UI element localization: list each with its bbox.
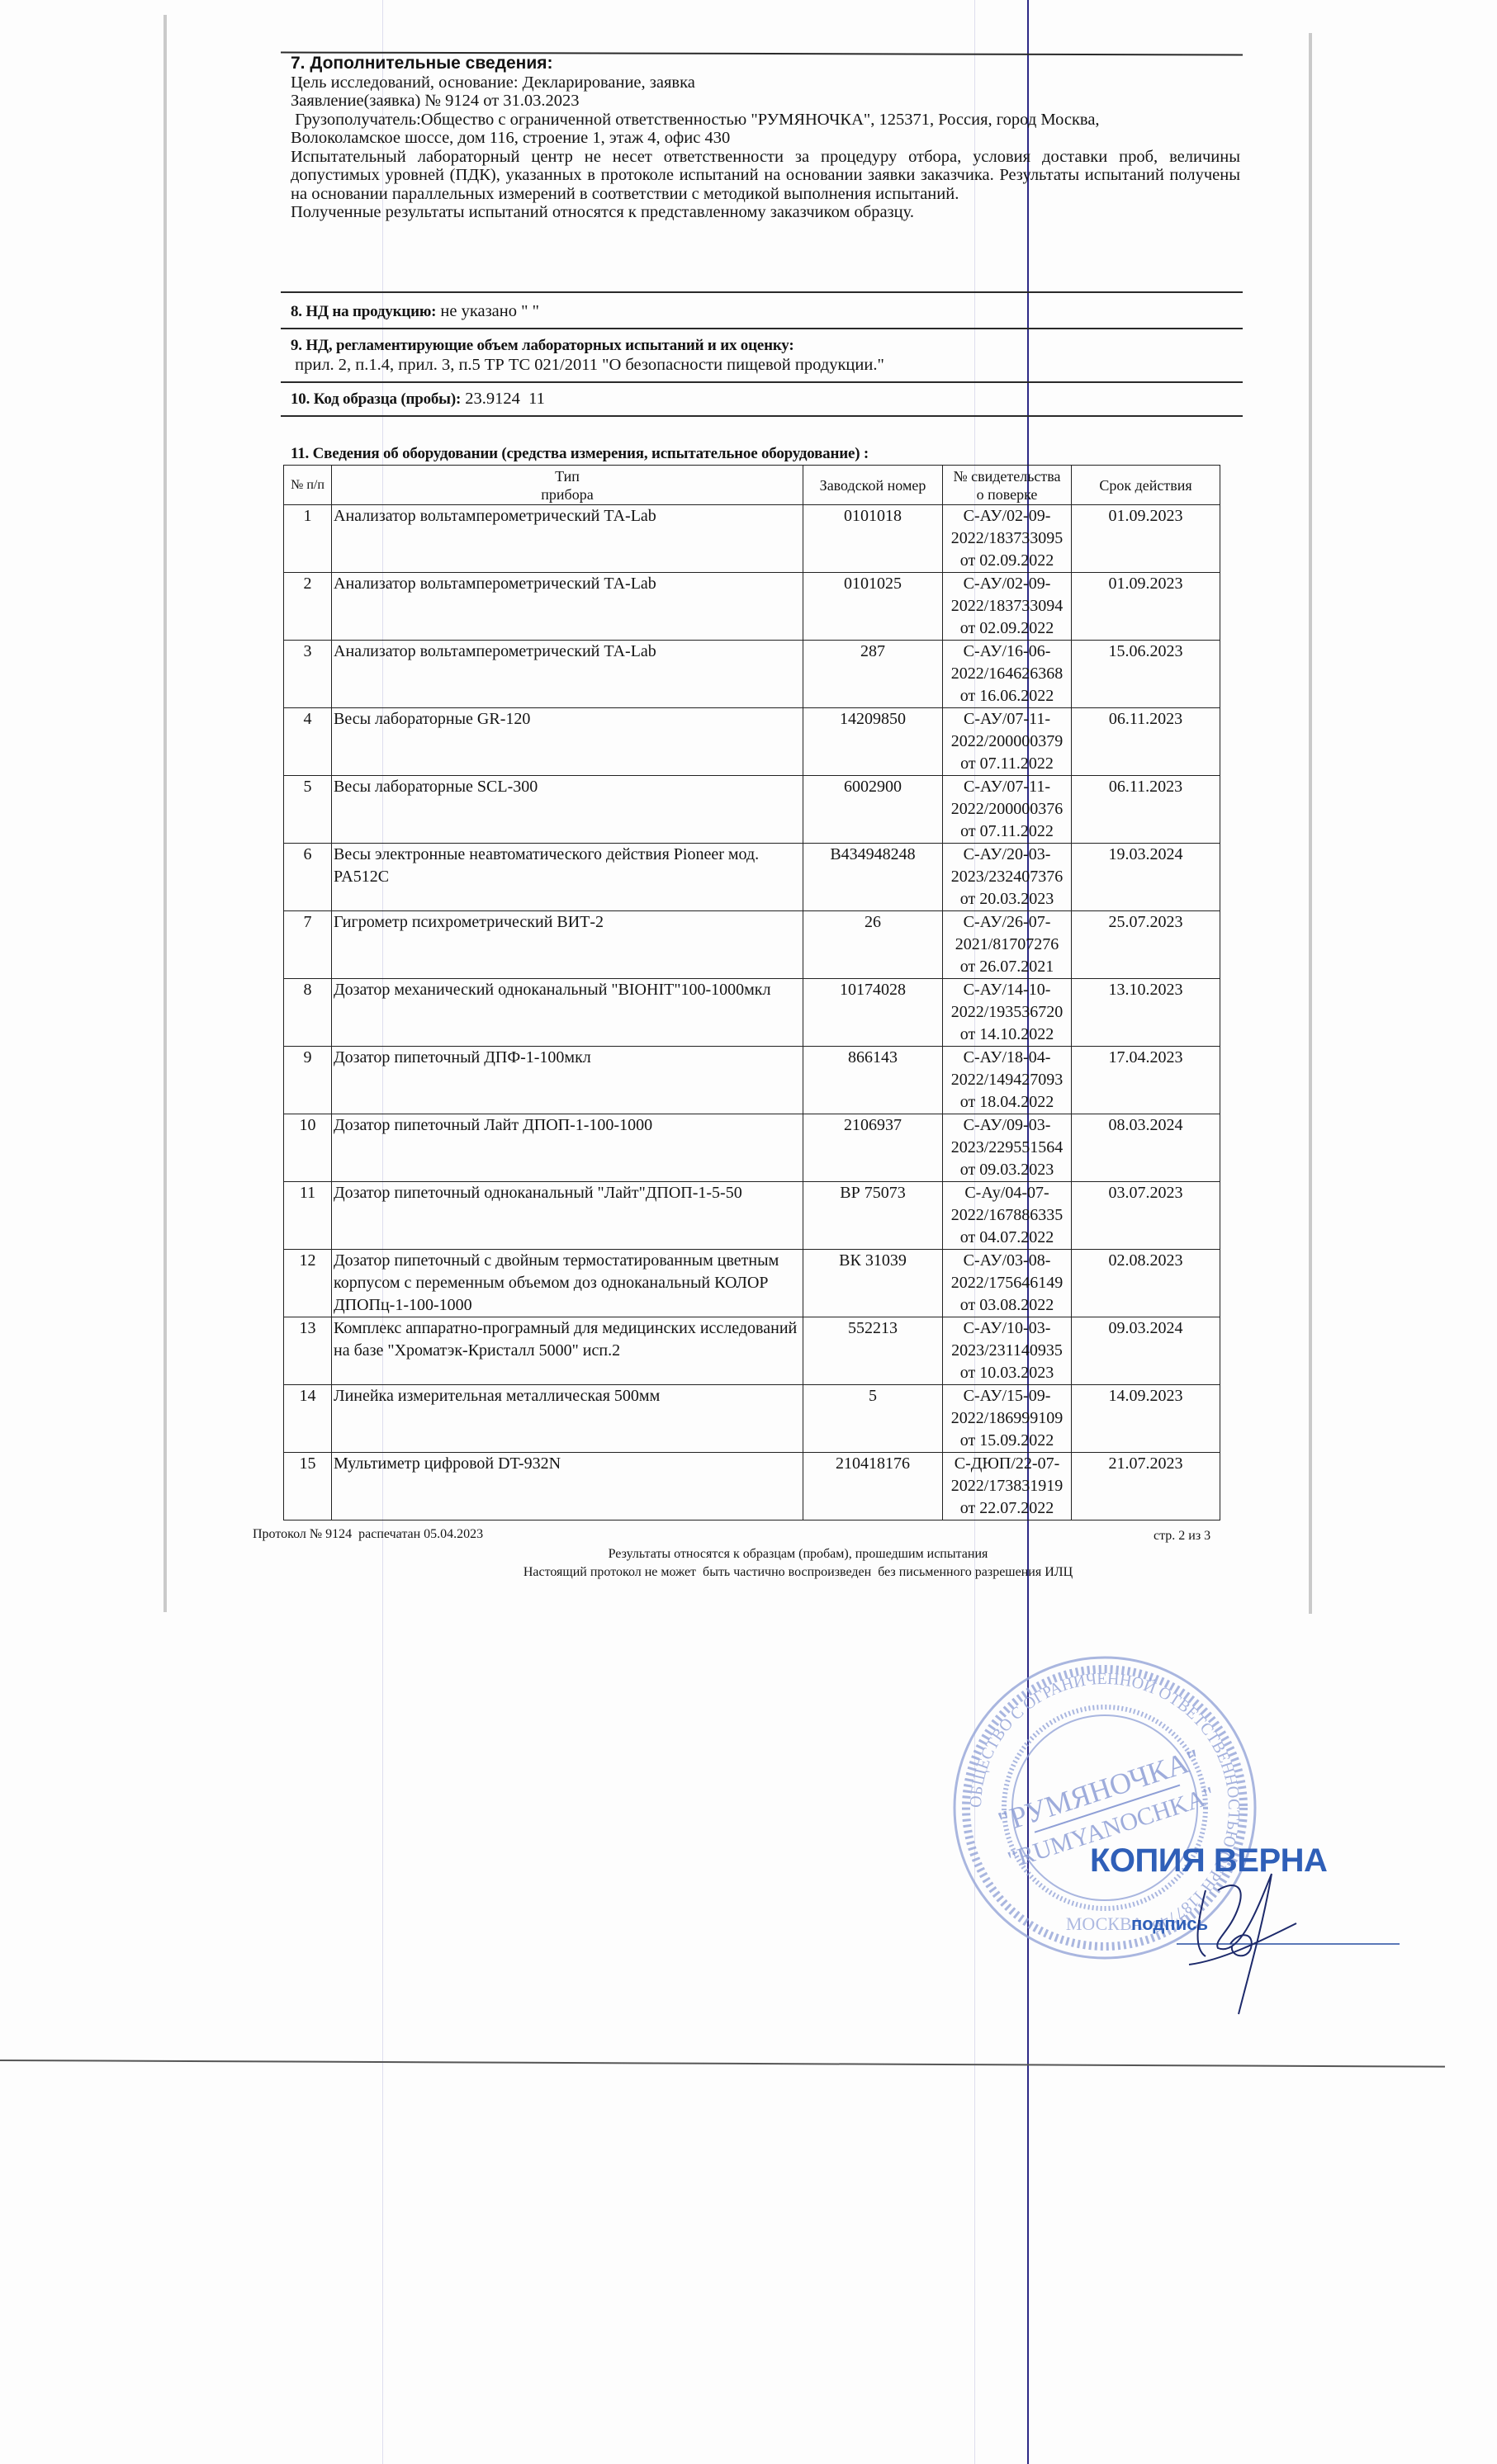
divider bbox=[281, 328, 1243, 329]
serial-number-text: 0101018 bbox=[805, 505, 940, 527]
table-row: 11Дозатор пипеточный одноканальный "Лайт… bbox=[284, 1182, 1220, 1250]
instrument-name-text: Линейка измерительная металлическая 500м… bbox=[334, 1385, 801, 1407]
valid-until-text: 15.06.2023 bbox=[1073, 641, 1218, 663]
certificate-number-text: от 26.07.2021 bbox=[945, 956, 1069, 978]
col-header-type: Тип прибора bbox=[332, 466, 803, 505]
certificate-number-text: 2022/167886335 bbox=[945, 1204, 1069, 1227]
certificate-number: С-АУ/02-09-2022/183733095от 02.09.2022 bbox=[943, 505, 1072, 573]
instrument-name: Весы лабораторные SCL-300 bbox=[332, 776, 803, 844]
row-number: 13 bbox=[284, 1317, 332, 1385]
certificate-number: С-АУ/18-04-2022/149427093от 18.04.2022 bbox=[943, 1047, 1072, 1114]
instrument-name-text: Дозатор механический одноканальный "BIOH… bbox=[334, 979, 801, 1001]
certificate-number-text: от 16.06.2022 bbox=[945, 685, 1069, 707]
row-number-text: 13 bbox=[286, 1317, 329, 1340]
section-additional-info: 7. Дополнительные сведения: Цель исследо… bbox=[291, 54, 1240, 222]
instrument-name: Дозатор пипеточный ДПФ-1-100мкл bbox=[332, 1047, 803, 1114]
row-number: 11 bbox=[284, 1182, 332, 1250]
certificate-number: С-АУ/20-03-2023/232407376от 20.03.2023 bbox=[943, 844, 1072, 911]
valid-until: 08.03.2024 bbox=[1072, 1114, 1220, 1182]
row-number-text: 10 bbox=[286, 1114, 329, 1137]
serial-number-text: 287 bbox=[805, 641, 940, 663]
scan-page-edge-left bbox=[163, 15, 167, 1612]
row-number: 1 bbox=[284, 505, 332, 573]
valid-until-text: 25.07.2023 bbox=[1073, 911, 1218, 934]
certificate-number-text: 2023/231140935 bbox=[945, 1340, 1069, 1362]
divider bbox=[281, 291, 1243, 293]
instrument-name-text: Дозатор пипеточный Лайт ДПОП-1-100-1000 bbox=[334, 1114, 801, 1137]
section-regulatory-docs: 9. НД, регламентирующие объем лабораторн… bbox=[291, 337, 1240, 374]
certificate-number-text: от 07.11.2022 bbox=[945, 821, 1069, 843]
instrument-name: Линейка измерительная металлическая 500м… bbox=[332, 1385, 803, 1453]
instrument-name: Мультиметр цифровой DT-932N bbox=[332, 1453, 803, 1520]
row-number-text: 9 bbox=[286, 1047, 329, 1069]
certificate-number-text: от 02.09.2022 bbox=[945, 617, 1069, 640]
serial-number: 10174028 bbox=[803, 979, 943, 1047]
certificate-number-text: 2022/175646149 bbox=[945, 1272, 1069, 1294]
certificate-number-text: 2022/183733095 bbox=[945, 527, 1069, 550]
certificate-number: С-АУ/07-11-2022/200000376от 07.11.2022 bbox=[943, 776, 1072, 844]
certificate-number-text: 2023/232407376 bbox=[945, 866, 1069, 888]
certificate-number-text: С-АУ/07-11- bbox=[945, 776, 1069, 798]
row-number-text: 7 bbox=[286, 911, 329, 934]
row-number: 10 bbox=[284, 1114, 332, 1182]
certificate-number-text: С-АУ/07-11- bbox=[945, 708, 1069, 731]
instrument-name: Анализатор вольтамперометрический ТА-Lab bbox=[332, 573, 803, 641]
table-row: 2Анализатор вольтамперометрический ТА-La… bbox=[284, 573, 1220, 641]
serial-number-text: 0101025 bbox=[805, 573, 940, 595]
valid-until: 21.07.2023 bbox=[1072, 1453, 1220, 1520]
valid-until: 17.04.2023 bbox=[1072, 1047, 1220, 1114]
signature-icon bbox=[1181, 1857, 1305, 2022]
certificate-number-text: С-АУ/16-06- bbox=[945, 641, 1069, 663]
instrument-name: Дозатор механический одноканальный "BIOH… bbox=[332, 979, 803, 1047]
certificate-number-text: от 10.03.2023 bbox=[945, 1362, 1069, 1384]
certificate-number-text: от 07.11.2022 bbox=[945, 753, 1069, 775]
disclaimer-text: Испытательный лабораторный центр не несе… bbox=[291, 148, 1240, 204]
instrument-name: Гигрометр психрометрический ВИТ-2 bbox=[332, 911, 803, 979]
serial-number: 6002900 bbox=[803, 776, 943, 844]
text-line: Заявление(заявка) № 9124 от 31.03.2023 bbox=[291, 92, 1240, 111]
instrument-name: Дозатор пипеточный одноканальный "Лайт"Д… bbox=[332, 1182, 803, 1250]
valid-until-text: 01.09.2023 bbox=[1073, 573, 1218, 595]
certificate-number-text: от 22.07.2022 bbox=[945, 1497, 1069, 1520]
instrument-name-text: Анализатор вольтамперометрический ТА-Lab bbox=[334, 641, 801, 663]
row-number-text: 15 bbox=[286, 1453, 329, 1475]
serial-number: 0101025 bbox=[803, 573, 943, 641]
valid-until: 06.11.2023 bbox=[1072, 776, 1220, 844]
certificate-number-text: от 14.10.2022 bbox=[945, 1024, 1069, 1046]
instrument-name-text: Весы лабораторные SCL-300 bbox=[334, 776, 801, 798]
section-value: прил. 2, п.1.4, прил. 3, п.5 ТР ТС 021/2… bbox=[291, 356, 1240, 375]
serial-number-text: 2106937 bbox=[805, 1114, 940, 1137]
valid-until: 13.10.2023 bbox=[1072, 979, 1220, 1047]
header-line: Тип bbox=[334, 467, 801, 485]
row-number-text: 12 bbox=[286, 1250, 329, 1272]
valid-until: 06.11.2023 bbox=[1072, 708, 1220, 776]
serial-number-text: 5 bbox=[805, 1385, 940, 1407]
valid-until-text: 01.09.2023 bbox=[1073, 505, 1218, 527]
instrument-name-text: Мультиметр цифровой DT-932N bbox=[334, 1453, 801, 1475]
row-number: 5 bbox=[284, 776, 332, 844]
certificate-number-text: от 20.03.2023 bbox=[945, 888, 1069, 910]
section-title: 7. Дополнительные сведения: bbox=[291, 54, 1240, 73]
row-number-text: 3 bbox=[286, 641, 329, 663]
table-row: 4Весы лабораторные GR-12014209850С-АУ/07… bbox=[284, 708, 1220, 776]
certificate-number-text: от 02.09.2022 bbox=[945, 550, 1069, 572]
certificate-number-text: от 18.04.2022 bbox=[945, 1091, 1069, 1114]
certificate-number-text: 2022/200000379 bbox=[945, 731, 1069, 753]
instrument-name-text: Комплекс аппаратно-програмный для медици… bbox=[334, 1317, 801, 1362]
instrument-name: Весы электронные неавтоматического дейст… bbox=[332, 844, 803, 911]
valid-until-text: 17.04.2023 bbox=[1073, 1047, 1218, 1069]
serial-number: 14209850 bbox=[803, 708, 943, 776]
section-value: не указано " " bbox=[436, 302, 539, 320]
certificate-number-text: 2023/229551564 bbox=[945, 1137, 1069, 1159]
table-row: 6Весы электронные неавтоматического дейс… bbox=[284, 844, 1220, 911]
valid-until: 25.07.2023 bbox=[1072, 911, 1220, 979]
row-number: 14 bbox=[284, 1385, 332, 1453]
certificate-number-text: 2022/183733094 bbox=[945, 595, 1069, 617]
instrument-name-text: Анализатор вольтамперометрический ТА-Lab bbox=[334, 505, 801, 527]
row-number-text: 11 bbox=[286, 1182, 329, 1204]
section-value: 23.9124 11 bbox=[461, 390, 545, 408]
serial-number: ВК 31039 bbox=[803, 1250, 943, 1317]
divider bbox=[281, 415, 1243, 417]
certificate-number-text: С-Ау/04-07- bbox=[945, 1182, 1069, 1204]
row-number-text: 4 bbox=[286, 708, 329, 731]
certificate-number-text: С-АУ/09-03- bbox=[945, 1114, 1069, 1137]
instrument-name-text: Анализатор вольтамперометрический ТА-Lab bbox=[334, 573, 801, 595]
valid-until: 19.03.2024 bbox=[1072, 844, 1220, 911]
certificate-number: С-АУ/16-06-2022/164626368от 16.06.2022 bbox=[943, 641, 1072, 708]
instrument-name-text: Весы лабораторные GR-120 bbox=[334, 708, 801, 731]
table-row: 8Дозатор механический одноканальный "BIO… bbox=[284, 979, 1220, 1047]
scan-page-edge-right bbox=[1309, 33, 1312, 1614]
certificate-number-text: от 04.07.2022 bbox=[945, 1227, 1069, 1249]
instrument-name: Анализатор вольтамперометрический ТА-Lab bbox=[332, 505, 803, 573]
row-number: 12 bbox=[284, 1250, 332, 1317]
row-number-text: 8 bbox=[286, 979, 329, 1001]
table-row: 1Анализатор вольтамперометрический ТА-La… bbox=[284, 505, 1220, 573]
instrument-name-text: Гигрометр психрометрический ВИТ-2 bbox=[334, 911, 801, 934]
certificate-number-text: от 09.03.2023 bbox=[945, 1159, 1069, 1181]
section-title: 11. Сведения об оборудовании (средства и… bbox=[291, 445, 869, 462]
table-row: 10Дозатор пипеточный Лайт ДПОП-1-100-100… bbox=[284, 1114, 1220, 1182]
valid-until-text: 14.09.2023 bbox=[1073, 1385, 1218, 1407]
certificate-number-text: С-АУ/14-10- bbox=[945, 979, 1069, 1001]
certificate-number: С-АУ/15-09-2022/186999109от 15.09.2022 bbox=[943, 1385, 1072, 1453]
table-header-row: № п/п Тип прибора Заводской номер № свид… bbox=[284, 466, 1220, 505]
certificate-number-text: С-АУ/10-03- bbox=[945, 1317, 1069, 1340]
valid-until-text: 09.03.2024 bbox=[1073, 1317, 1218, 1340]
header-line: № свидетельства bbox=[945, 467, 1069, 485]
instrument-name-text: Дозатор пипеточный с двойным термостатир… bbox=[334, 1250, 801, 1317]
footer-note: Результаты относятся к образцам (пробам)… bbox=[0, 1547, 1497, 1562]
serial-number-text: 552213 bbox=[805, 1317, 940, 1340]
row-number: 8 bbox=[284, 979, 332, 1047]
certificate-number-text: от 03.08.2022 bbox=[945, 1294, 1069, 1317]
valid-until-text: 19.03.2024 bbox=[1073, 844, 1218, 866]
col-header-serial: Заводской номер bbox=[803, 466, 943, 505]
serial-number: 0101018 bbox=[803, 505, 943, 573]
instrument-name-text: Дозатор пипеточный одноканальный "Лайт"Д… bbox=[334, 1182, 801, 1204]
serial-number: 287 bbox=[803, 641, 943, 708]
valid-until: 01.09.2023 bbox=[1072, 505, 1220, 573]
instrument-name: Анализатор вольтамперометрический ТА-Lab bbox=[332, 641, 803, 708]
table-row: 12Дозатор пипеточный с двойным термостат… bbox=[284, 1250, 1220, 1317]
serial-number: 866143 bbox=[803, 1047, 943, 1114]
valid-until: 03.07.2023 bbox=[1072, 1182, 1220, 1250]
certificate-number: С-АУ/10-03-2023/231140935от 10.03.2023 bbox=[943, 1317, 1072, 1385]
certificate-number: С-АУ/14-10-2022/193536720от 14.10.2022 bbox=[943, 979, 1072, 1047]
serial-number-text: ВК 31039 bbox=[805, 1250, 940, 1272]
table-row: 14Линейка измерительная металлическая 50… bbox=[284, 1385, 1220, 1453]
valid-until-text: 06.11.2023 bbox=[1073, 776, 1218, 798]
serial-number-text: 10174028 bbox=[805, 979, 940, 1001]
scan-page-bottom-edge bbox=[0, 2060, 1445, 2068]
certificate-number-text: 2022/193536720 bbox=[945, 1001, 1069, 1024]
certificate-number-text: 2022/186999109 bbox=[945, 1407, 1069, 1430]
valid-until-text: 13.10.2023 bbox=[1073, 979, 1218, 1001]
valid-until: 01.09.2023 bbox=[1072, 573, 1220, 641]
certificate-number-text: 2022/200000376 bbox=[945, 798, 1069, 821]
certificate-number: С-АУ/07-11-2022/200000379от 07.11.2022 bbox=[943, 708, 1072, 776]
certificate-number-text: 2022/173831919 bbox=[945, 1475, 1069, 1497]
row-number: 4 bbox=[284, 708, 332, 776]
row-number: 9 bbox=[284, 1047, 332, 1114]
col-header-valid: Срок действия bbox=[1072, 466, 1220, 505]
certificate-number-text: от 15.09.2022 bbox=[945, 1430, 1069, 1452]
row-number: 15 bbox=[284, 1453, 332, 1520]
instrument-name: Комплекс аппаратно-програмный для медици… bbox=[332, 1317, 803, 1385]
divider bbox=[281, 381, 1243, 383]
closing-text: Полученные результаты испытаний относятс… bbox=[291, 203, 1240, 222]
instrument-name: Дозатор пипеточный Лайт ДПОП-1-100-1000 bbox=[332, 1114, 803, 1182]
table-row: 13Комплекс аппаратно-програмный для меди… bbox=[284, 1317, 1220, 1385]
section-equipment: 11. Сведения об оборудовании (средства и… bbox=[291, 444, 1240, 464]
table-row: 15Мультиметр цифровой DT-932N210418176С-… bbox=[284, 1453, 1220, 1520]
section-product-nd: 8. НД на продукцию: не указано " " bbox=[291, 302, 1240, 322]
instrument-name: Весы лабораторные GR-120 bbox=[332, 708, 803, 776]
certificate-number-text: С-ДЮП/22-07- bbox=[945, 1453, 1069, 1475]
serial-number-text: 14209850 bbox=[805, 708, 940, 731]
col-header-num: № п/п bbox=[284, 466, 332, 505]
protocol-print-info: Протокол № 9124 распечатан 05.04.2023 bbox=[253, 1527, 483, 1542]
instrument-name: Дозатор пипеточный с двойным термостатир… bbox=[332, 1250, 803, 1317]
instrument-name-text: Весы электронные неавтоматического дейст… bbox=[334, 844, 801, 888]
equipment-table: № п/п Тип прибора Заводской номер № свид… bbox=[283, 465, 1220, 1520]
row-number-text: 1 bbox=[286, 505, 329, 527]
row-number-text: 5 bbox=[286, 776, 329, 798]
serial-number: 2106937 bbox=[803, 1114, 943, 1182]
instrument-name-text: Дозатор пипеточный ДПФ-1-100мкл bbox=[334, 1047, 801, 1069]
row-number-text: 14 bbox=[286, 1385, 329, 1407]
footer-note: Настоящий протокол не может быть частичн… bbox=[0, 1565, 1497, 1580]
section-label: 8. НД на продукцию: bbox=[291, 303, 436, 320]
consignee-line: Грузополучатель:Общество с ограниченной … bbox=[291, 111, 1240, 130]
address-line: Волоколамское шоссе, дом 116, строение 1… bbox=[291, 129, 1240, 148]
table-row: 3Анализатор вольтамперометрический ТА-La… bbox=[284, 641, 1220, 708]
serial-number-text: B434948248 bbox=[805, 844, 940, 866]
row-number: 3 bbox=[284, 641, 332, 708]
row-number: 6 bbox=[284, 844, 332, 911]
valid-until: 09.03.2024 bbox=[1072, 1317, 1220, 1385]
certificate-number-text: С-АУ/20-03- bbox=[945, 844, 1069, 866]
certificate-number: С-АУ/02-09-2022/183733094от 02.09.2022 bbox=[943, 573, 1072, 641]
certificate-number-text: 2021/81707276 bbox=[945, 934, 1069, 956]
valid-until-text: 21.07.2023 bbox=[1073, 1453, 1218, 1475]
certificate-number: С-ДЮП/22-07-2022/173831919от 22.07.2022 bbox=[943, 1453, 1072, 1520]
section-label: 9. НД, регламентирующие объем лабораторн… bbox=[291, 337, 1240, 356]
certificate-number-text: 2022/164626368 bbox=[945, 663, 1069, 685]
table-row: 7Гигрометр психрометрический ВИТ-226С-АУ… bbox=[284, 911, 1220, 979]
certificate-number-text: С-АУ/02-09- bbox=[945, 573, 1069, 595]
serial-number: B434948248 bbox=[803, 844, 943, 911]
valid-until-text: 08.03.2024 bbox=[1073, 1114, 1218, 1137]
valid-until-text: 02.08.2023 bbox=[1073, 1250, 1218, 1272]
valid-until-text: 03.07.2023 bbox=[1073, 1182, 1218, 1204]
serial-number: 210418176 bbox=[803, 1453, 943, 1520]
certificate-number-text: С-АУ/02-09- bbox=[945, 505, 1069, 527]
serial-number-text: 6002900 bbox=[805, 776, 940, 798]
row-number: 2 bbox=[284, 573, 332, 641]
certificate-number: С-АУ/03-08-2022/175646149от 03.08.2022 bbox=[943, 1250, 1072, 1317]
certificate-number-text: С-АУ/18-04- bbox=[945, 1047, 1069, 1069]
serial-number: 552213 bbox=[803, 1317, 943, 1385]
certificate-number: С-Ау/04-07-2022/167886335от 04.07.2022 bbox=[943, 1182, 1072, 1250]
serial-number: ВР 75073 bbox=[803, 1182, 943, 1250]
header-line: прибора bbox=[334, 485, 801, 504]
certificate-number: С-АУ/26-07-2021/81707276от 26.07.2021 bbox=[943, 911, 1072, 979]
valid-until-text: 06.11.2023 bbox=[1073, 708, 1218, 731]
section-sample-code: 10. Код образца (пробы): 23.9124 11 bbox=[291, 390, 1240, 409]
certificate-number-text: С-АУ/26-07- bbox=[945, 911, 1069, 934]
row-number: 7 bbox=[284, 911, 332, 979]
certificate-number-text: 2022/149427093 bbox=[945, 1069, 1069, 1091]
certificate-number: С-АУ/09-03-2023/229551564от 09.03.2023 bbox=[943, 1114, 1072, 1182]
table-row: 9Дозатор пипеточный ДПФ-1-100мкл866143С-… bbox=[284, 1047, 1220, 1114]
section-label: 10. Код образца (пробы): bbox=[291, 390, 461, 408]
text-line: Цель исследований, основание: Деклариров… bbox=[291, 73, 1240, 92]
valid-until: 02.08.2023 bbox=[1072, 1250, 1220, 1317]
table-row: 5Весы лабораторные SCL-3006002900С-АУ/07… bbox=[284, 776, 1220, 844]
row-number-text: 2 bbox=[286, 573, 329, 595]
serial-number-text: ВР 75073 bbox=[805, 1182, 940, 1204]
header-line: о поверке bbox=[945, 485, 1069, 504]
serial-number-text: 26 bbox=[805, 911, 940, 934]
certificate-number-text: С-АУ/03-08- bbox=[945, 1250, 1069, 1272]
col-header-cert: № свидетельства о поверке bbox=[943, 466, 1072, 505]
valid-until: 15.06.2023 bbox=[1072, 641, 1220, 708]
certificate-number-text: С-АУ/15-09- bbox=[945, 1385, 1069, 1407]
serial-number-text: 210418176 bbox=[805, 1453, 940, 1475]
serial-number: 5 bbox=[803, 1385, 943, 1453]
serial-number: 26 bbox=[803, 911, 943, 979]
valid-until: 14.09.2023 bbox=[1072, 1385, 1220, 1453]
serial-number-text: 866143 bbox=[805, 1047, 940, 1069]
row-number-text: 6 bbox=[286, 844, 329, 866]
page-number: стр. 2 из 3 bbox=[1154, 1529, 1210, 1544]
